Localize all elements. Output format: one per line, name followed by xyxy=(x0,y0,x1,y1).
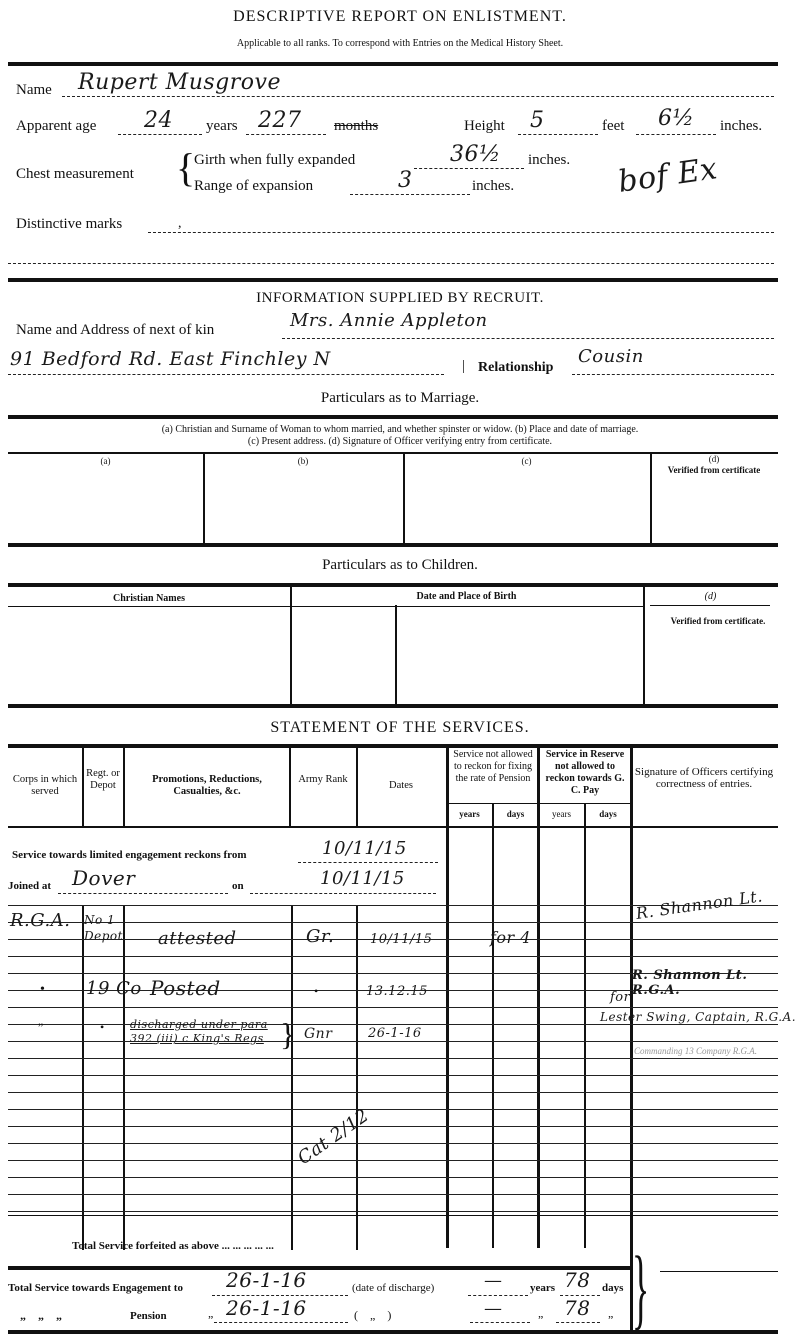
table-row-line xyxy=(8,1041,778,1042)
kin-line xyxy=(282,338,774,339)
name-label: Name xyxy=(16,82,52,99)
document-title: DESCRIPTIVE REPORT ON ENLISTMENT. xyxy=(0,8,800,26)
range-unit: inches. xyxy=(472,178,514,195)
name-line xyxy=(62,96,774,97)
row2-promotion: Posted xyxy=(150,976,221,1000)
row2-corps: • xyxy=(40,982,45,998)
row1-rank: Gr. xyxy=(306,926,334,947)
marriage-note-2: (c) Present address. (d) Signature of Of… xyxy=(0,436,800,447)
row1-corps: R.G.A. xyxy=(10,910,70,931)
row2-date: 13.12.15 xyxy=(366,984,428,999)
row3-corps: ” xyxy=(38,1020,43,1035)
document-bottom-line xyxy=(8,1330,778,1334)
table-row-line xyxy=(8,1007,778,1008)
children-col-divider xyxy=(290,586,292,706)
table-row-line xyxy=(8,1024,778,1025)
years-label: years xyxy=(206,118,238,135)
kin-label: Name and Address of next of kin xyxy=(16,322,214,339)
total-days: 78 xyxy=(564,1268,590,1292)
marriage-col-b: (b) xyxy=(203,456,403,466)
col-regt: Regt. or Depot xyxy=(84,768,122,792)
children-d-line xyxy=(650,605,770,606)
sub-pension-years: years xyxy=(447,809,492,819)
months-label: months xyxy=(334,118,378,135)
table-row-line xyxy=(8,1160,778,1161)
height-inches-value: 6½ xyxy=(658,106,694,131)
row3-signature: Lester Swing, Captain, R.G.A. xyxy=(600,1010,796,1024)
row1-pension-days: for 4 xyxy=(490,928,531,947)
divider xyxy=(8,278,778,282)
row2-rank: • xyxy=(314,984,318,999)
total-label: Total Service towards Engagement to xyxy=(8,1282,183,1294)
recruit-info-heading: INFORMATION SUPPLIED BY RECRUIT. xyxy=(0,290,800,307)
age-label: Apparent age xyxy=(16,118,96,135)
row1-signature: R. Shannon Lt. xyxy=(635,886,764,923)
table-row-line xyxy=(8,1109,778,1110)
sig-line xyxy=(633,1215,778,1216)
divider xyxy=(8,62,778,66)
marks-label: Distinctive marks xyxy=(16,216,122,233)
col-divider xyxy=(123,748,125,826)
row2-reserve-note: for xyxy=(610,990,630,1005)
children-col-divider xyxy=(643,586,645,706)
table-row-line xyxy=(8,1143,778,1144)
row3-promotion: discharged under para 392 (iii) c King's… xyxy=(130,1018,280,1046)
marriage-heading: Particulars as to Marriage. xyxy=(0,390,800,407)
row1-regt: No 1 Depot xyxy=(84,912,124,944)
col-divider xyxy=(584,804,586,1248)
joined-label: Joined at xyxy=(8,880,51,892)
range-label: Range of expansion xyxy=(194,178,313,195)
table-row-line xyxy=(8,1092,778,1093)
pension-paren: ( „ ) xyxy=(354,1308,474,1323)
feet-label: feet xyxy=(602,118,624,135)
divider xyxy=(8,704,778,708)
reckons-value: 10/11/15 xyxy=(322,838,407,859)
forfeited-label: Total Service forfeited as above ... ...… xyxy=(72,1240,274,1252)
table-row-line xyxy=(8,1075,778,1076)
marriage-col-d: (d) xyxy=(650,454,778,464)
divider xyxy=(8,543,778,547)
children-col-divider xyxy=(395,605,397,706)
joined-date: 10/11/15 xyxy=(320,868,405,889)
children-col-d: (d) xyxy=(643,591,778,602)
col-divider xyxy=(446,748,449,1248)
children-col-birth: Date and Place of Birth xyxy=(290,591,643,602)
row3-regt: • xyxy=(100,1020,104,1035)
row1-promotion: attested xyxy=(158,928,237,949)
divider xyxy=(8,415,778,419)
inches-label: inches. xyxy=(720,118,762,135)
pension-days-line xyxy=(556,1322,600,1323)
age-months-value: 227 xyxy=(258,108,302,133)
table-row-line xyxy=(8,1177,778,1178)
relationship-line xyxy=(572,374,774,375)
marks-line-2 xyxy=(8,263,774,264)
children-header-line xyxy=(8,606,643,607)
col-dates: Dates xyxy=(356,780,446,792)
joined-place: Dover xyxy=(72,866,135,890)
height-feet-line xyxy=(518,134,598,135)
total-years: — xyxy=(484,1270,503,1291)
marriage-col-c: (c) xyxy=(403,456,650,466)
row3-date: 26-1-16 xyxy=(368,1026,422,1041)
table-row-line xyxy=(8,1194,778,1195)
document-subtitle: Applicable to all ranks. To correspond w… xyxy=(0,38,800,49)
range-value: 3 xyxy=(398,168,413,193)
on-label: on xyxy=(232,880,244,892)
marriage-col-divider xyxy=(403,453,405,544)
table-row-line xyxy=(8,956,778,957)
table-row-line xyxy=(8,1211,778,1212)
height-feet-value: 5 xyxy=(530,108,545,133)
age-years-line xyxy=(118,134,202,135)
pension-years-line xyxy=(470,1322,530,1323)
age-years-value: 24 xyxy=(144,108,173,133)
kin-address: 91 Bedford Rd. East Finchley N xyxy=(10,348,331,370)
sub-reserve-days: days xyxy=(586,809,630,819)
pension-years: — xyxy=(484,1298,503,1319)
row3-rank: Gnr xyxy=(304,1026,332,1042)
total-years-label: years xyxy=(530,1282,555,1294)
chest-label: Chest measurement xyxy=(16,166,134,183)
girth-label: Girth when fully expanded xyxy=(194,152,355,169)
sub-pension-days: days xyxy=(494,809,537,819)
services-heading: STATEMENT OF THE SERVICES. xyxy=(0,719,800,737)
row2-signature: R. Shannon Lt. R.G.A. xyxy=(632,968,800,998)
marriage-note-1: (a) Christian and Surname of Woman to wh… xyxy=(0,424,800,435)
girth-value: 36½ xyxy=(450,142,501,167)
relationship-divider: | xyxy=(462,358,465,375)
header-bottom-line xyxy=(8,826,778,828)
children-verified-label: Verified from certificate. xyxy=(643,616,793,626)
total-days-label: days xyxy=(602,1282,623,1294)
col-rank: Army Rank xyxy=(298,774,348,786)
pension-label: Pension xyxy=(130,1310,167,1322)
divider xyxy=(8,583,778,587)
pension-ditto-2: „ xyxy=(208,1306,213,1321)
relationship-label: Relationship xyxy=(478,360,553,376)
pension-ditto: „ „ „ xyxy=(20,1308,62,1323)
kin-address-line xyxy=(8,374,444,375)
pension-date-line xyxy=(214,1322,348,1323)
discharge-label: (date of discharge) xyxy=(352,1282,434,1294)
name-value: Rupert Musgrove xyxy=(78,70,281,95)
girth-line xyxy=(414,168,524,169)
total-years-line xyxy=(468,1295,528,1296)
kin-name: Mrs. Annie Appleton xyxy=(290,310,488,331)
table-row-line xyxy=(8,1058,778,1059)
initials-signature: bof Ex xyxy=(616,151,720,200)
joined-place-line xyxy=(58,893,228,894)
marks-value: , xyxy=(178,216,182,232)
height-inches-line xyxy=(636,134,716,135)
range-line xyxy=(350,194,470,195)
relationship-value: Cousin xyxy=(578,346,644,367)
joined-date-line xyxy=(250,893,436,894)
marriage-col-a: (a) xyxy=(8,456,203,466)
col-promotions: Promotions, Reductions, Casualties, &c. xyxy=(128,774,286,798)
col-pension: Service not allowed to reckon for fixing… xyxy=(449,749,537,785)
sig-line xyxy=(660,1271,778,1272)
pension-date: 26-1-16 xyxy=(226,1296,307,1320)
totals-brace: } xyxy=(632,1244,649,1334)
sub-reserve-years: years xyxy=(539,809,584,819)
col-reserve: Service in Reserve not allowed to reckon… xyxy=(540,749,630,797)
children-col-names: Christian Names xyxy=(8,593,290,604)
col-divider xyxy=(492,804,494,1248)
reckons-line xyxy=(298,862,438,863)
row1-date: 10/11/15 xyxy=(370,932,432,947)
row3-brace: } xyxy=(280,1018,295,1050)
row2-regt: 19 Co xyxy=(86,978,142,999)
reckons-label: Service towards limited engagement recko… xyxy=(12,849,247,861)
marriage-col-divider xyxy=(203,453,205,544)
col-divider xyxy=(537,748,540,1248)
col-signature: Signature of Officers certifying correct… xyxy=(634,766,774,790)
col-divider xyxy=(289,748,291,826)
height-label: Height xyxy=(464,118,505,135)
pension-days: 78 xyxy=(564,1296,590,1320)
girth-unit: inches. xyxy=(528,152,570,169)
total-date: 26-1-16 xyxy=(226,1268,307,1292)
pension-ditto-4: „ xyxy=(608,1306,613,1321)
marriage-verified-label: Verified from certificate xyxy=(650,465,778,475)
forfeited-bottom-line xyxy=(8,1266,630,1270)
sub-header-line xyxy=(447,803,630,804)
table-row-line xyxy=(8,1126,778,1127)
children-heading: Particulars as to Children. xyxy=(0,557,800,574)
col-corps: Corps in which served xyxy=(8,774,82,798)
chest-brace: { xyxy=(176,148,195,188)
pension-ditto-3: „ xyxy=(538,1306,543,1321)
age-months-line xyxy=(246,134,326,135)
marks-line xyxy=(148,232,774,233)
row3-signature-note: Commanding 13 Company R.G.A. xyxy=(634,1046,757,1056)
